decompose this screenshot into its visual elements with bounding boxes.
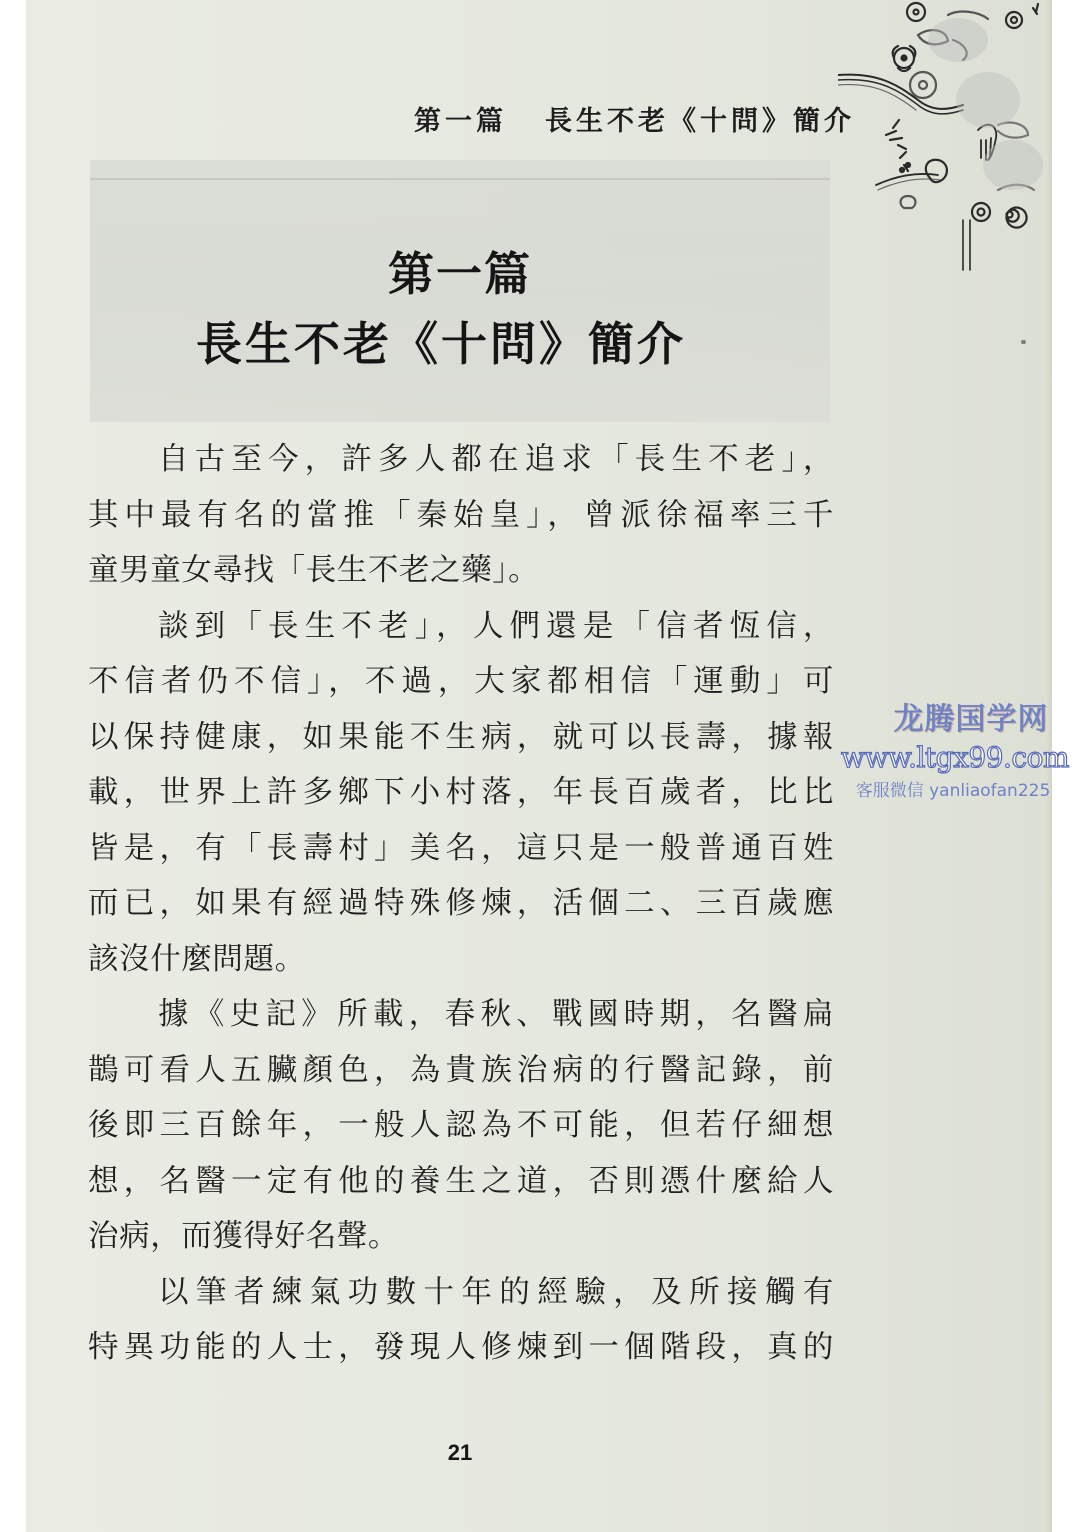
watermark-contact: 客服微信 yanliaofan225 — [826, 776, 1080, 806]
text-line: 後即三百餘年，一般人認為不可能，但若仔細想 — [88, 1098, 834, 1154]
running-head-part: 第一篇 — [414, 99, 507, 138]
text-line: 而已，如果有經過特殊修煉，活個二、三百歲應 — [88, 876, 834, 932]
text-line: 不信者仍不信」，不過，大家都相信「運動」可 — [88, 654, 834, 710]
text-line: 治病，而獲得好名聲。 — [88, 1209, 834, 1265]
text-line: 以保持健康，如果能不生病，就可以長壽，據報 — [88, 710, 834, 766]
text-line: 其中最有名的當推「秦始皇」，曾派徐福率三千 — [88, 488, 834, 544]
running-head-title: 長生不老《十問》簡介 — [545, 99, 855, 138]
paragraph-1: 自古至今，許多人都在追求「長生不老」， 其中最有名的當推「秦始皇」，曾派徐福率三… — [88, 432, 834, 599]
floral-ornament-icon — [838, 0, 1068, 275]
text-line: 特異功能的人士，發現人修煉到一個階段，真的 — [88, 1320, 834, 1376]
paragraph-2: 談到「長生不老」，人們還是「信者恆信， 不信者仍不信」，不過，大家都相信「運動」… — [88, 599, 834, 988]
text-line: 童男童女尋找「長生不老之藥」。 — [88, 543, 834, 599]
chapter-heading-part: 第一篇 — [80, 238, 840, 304]
text-line: 載，世界上許多鄉下小村落，年長百歲者，比比 — [88, 765, 834, 821]
paragraph-4: 以筆者練氣功數十年的經驗，及所接觸有 特異功能的人士，發現人修煉到一個階段，真的 — [88, 1265, 834, 1376]
watermark-url: www.ltgx99.com — [830, 740, 1080, 776]
paragraph-3: 據《史記》所載，春秋、戰國時期，名醫扁 鵲可看人五臟顏色，為貴族治病的行醫記錄，… — [88, 987, 834, 1265]
stray-mark — [1021, 340, 1026, 344]
text-line: 皆是，有「長壽村」美名，這只是一般普通百姓 — [88, 821, 834, 877]
text-line: 據《史記》所載，春秋、戰國時期，名醫扁 — [88, 987, 834, 1043]
site-watermark: 龙腾国学网 www.ltgx99.com 客服微信 yanliaofan225 — [836, 700, 1080, 806]
body-text: 自古至今，許多人都在追求「長生不老」， 其中最有名的當推「秦始皇」，曾派徐福率三… — [88, 432, 834, 1376]
text-line: 鵲可看人五臟顏色，為貴族治病的行醫記錄，前 — [88, 1043, 834, 1099]
watermark-title: 龙腾国学网 — [836, 700, 1080, 740]
chapter-heading-title: 長生不老《十問》簡介 — [196, 308, 736, 374]
band-line — [90, 178, 830, 180]
text-line: 該沒什麼問題。 — [88, 932, 834, 988]
text-line: 自古至今，許多人都在追求「長生不老」， — [88, 432, 834, 488]
text-line: 想，名醫一定有他的養生之道，否則憑什麼給人 — [88, 1154, 834, 1210]
text-line: 以筆者練氣功數十年的經驗，及所接觸有 — [88, 1265, 834, 1321]
running-head: 第一篇 長生不老《十問》簡介 — [414, 98, 864, 138]
page-number: 21 — [438, 1440, 482, 1466]
text-line: 談到「長生不老」，人們還是「信者恆信， — [88, 599, 834, 655]
